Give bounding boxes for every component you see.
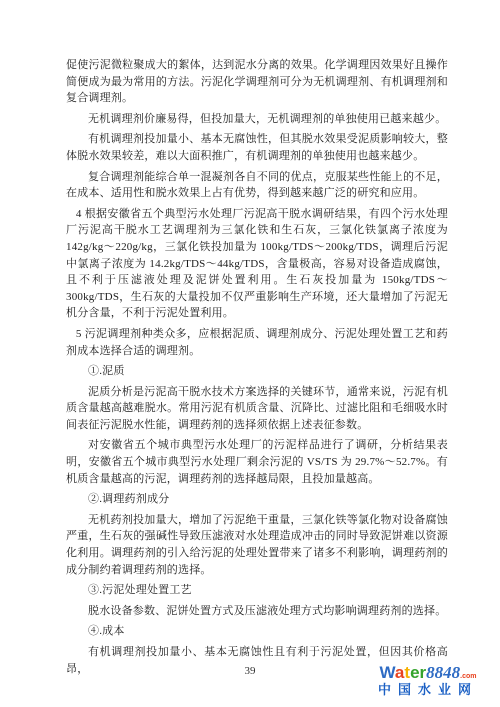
logo-letter: a: [395, 663, 404, 682]
paragraph: 泥质分析是污泥高干脱水技术方案选择的关键环节，通常来说，污泥有机质含量越高越难脱…: [66, 384, 448, 434]
section-heading: ②.调理药剂成分: [66, 491, 448, 508]
logo-word: Water: [380, 663, 427, 682]
paragraph: 对安徽省五个城市典型污水处理厂的污泥样品进行了调研，分析结果表明，安徽省五个城市…: [66, 437, 448, 487]
logo-subtitle: 中国水业网: [364, 683, 492, 696]
document-page: 促使污泥微粒聚成大的絮体，达到泥水分离的效果。化学调理因效果好且操作简便成为最为…: [0, 0, 500, 707]
logo-tld: .com: [460, 673, 476, 680]
logo-letter: e: [410, 663, 419, 682]
document-body: 促使污泥微粒聚成大的絮体，达到泥水分离的效果。化学调理因效果好且操作简便成为最为…: [0, 0, 500, 677]
logo-digits: 8848: [426, 663, 460, 682]
logo-letter: W: [380, 663, 395, 682]
paragraph: 5 污泥调理剂种类众多，应根据泥质、调理剂成分、污泥处理处置工艺和药剂成本选择合…: [66, 326, 448, 359]
logo-wordmark: Water8848.com: [364, 664, 492, 681]
paragraph: 无机调理剂价廉易得，但投加量大，无机调理剂的单独使用已越来越少。: [66, 111, 448, 128]
section-heading: ③.污泥处理处置工艺: [66, 582, 448, 599]
paragraph: 无机药剂投加量大，增加了污泥绝干重量，三氯化铁等氯化物对设备腐蚀严重，生石灰的强…: [66, 512, 448, 578]
paragraph: 4 根据安徽省五个典型污水处理厂污泥高干脱水调研结果，有四个污水处理厂污泥高干脱…: [66, 206, 448, 322]
section-heading: ④.成本: [66, 623, 448, 640]
paragraph: 促使污泥微粒聚成大的絮体，达到泥水分离的效果。化学调理因效果好且操作简便成为最为…: [66, 57, 448, 107]
paragraph: 复合调理剂能综合单一混凝剂各自不同的优点，克服某些性能上的不足，在成本、适用性和…: [66, 169, 448, 202]
paragraph: 有机调理剂投加量小、基本无腐蚀性，但其脱水效果受泥质影响较大，整体脱水效果较差，…: [66, 131, 448, 164]
section-heading: ①.泥质: [66, 363, 448, 380]
paragraph: 脱水设备参数、泥饼处置方式及压滤液处理方式均影响调理药剂的选择。: [66, 603, 448, 620]
water8848-logo: Water8848.com 中国水业网: [364, 664, 492, 696]
